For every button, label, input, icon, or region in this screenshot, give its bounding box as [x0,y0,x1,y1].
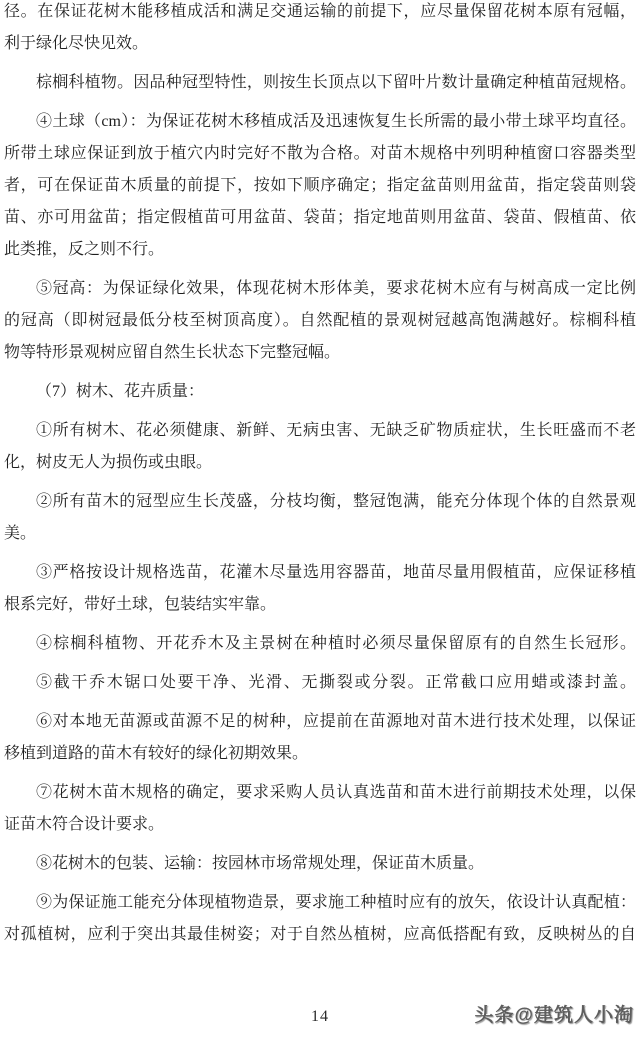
text-line: ⑨为保证施工能充分体现植物造景，要求施工种植时应有的放矢，依设计认真配植： [4,887,636,919]
paragraph: 径。在保证花树木能移植成活和满足交通运输的前提下，应尽量保留花树本原有冠幅，利于… [4,0,636,60]
text-line: 径。在保证花树木能移植成活和满足交通运输的前提下，应尽量保留花树本原有冠幅， [4,0,636,28]
text-line: ①所有树木、花必须健康、新鲜、无病虫害、无缺乏矿物质症状，生长旺盛而不老 [4,415,636,447]
text-line: ④棕榈科植物、开花乔木及主景树在种植时必须尽量保留原有的自然生长冠形。 [4,628,636,660]
paragraph: ④土球（cm）：为保证花树木移植成活及迅速恢复生长所需的最小带土球平均直径。所带… [4,106,636,266]
text-line: 此类推，反之则不行。 [4,234,636,266]
paragraph: ⑤截干乔木锯口处要干净、光滑、无撕裂或分裂。正常截口应用蜡或漆封盖。 [4,667,636,699]
text-line: 的冠高（即树冠最低分枝至树顶高度）。自然配植的景观树冠越高饱满越好。棕榈科植 [4,305,636,337]
paragraph: ③严格按设计规格选苗，花灌木尽量选用容器苗，地苗尽量用假植苗，应保证移植根系完好… [4,557,636,621]
text-line: ④土球（cm）：为保证花树木移植成活及迅速恢复生长所需的最小带土球平均直径。 [4,106,636,138]
paragraph: ④棕榈科植物、开花乔木及主景树在种植时必须尽量保留原有的自然生长冠形。 [4,628,636,660]
text-line: 证苗木符合设计要求。 [4,809,636,841]
text-line: 移植到道路的苗木有较好的绿化初期效果。 [4,738,636,770]
text-line: ⑦花树木苗木规格的确定，要求采购人员认真选苗和苗木进行前期技术处理，以保 [4,777,636,809]
text-line: 者，可在保证苗木质量的前提下，按如下顺序确定；指定盆苗则用盆苗，指定袋苗则袋 [4,170,636,202]
paragraph: 棕榈科植物。因品种冠型特性，则按生长顶点以下留叶片数计量确定种植苗冠规格。 [4,67,636,99]
text-line: ③严格按设计规格选苗，花灌木尽量选用容器苗，地苗尽量用假植苗，应保证移植 [4,557,636,589]
document-body: 径。在保证花树木能移植成活和满足交通运输的前提下，应尽量保留花树本原有冠幅，利于… [0,0,640,958]
paragraph: ②所有苗木的冠型应生长茂盛，分枝均衡，整冠饱满，能充分体现个体的自然景观美。 [4,486,636,550]
text-line: 苗、亦可用盆苗；指定假植苗可用盆苗、袋苗；指定地苗则用盆苗、袋苗、假植苗、依 [4,202,636,234]
text-line: ⑧花树木的包装、运输：按园林市场常规处理，保证苗木质量。 [4,848,636,880]
paragraph: ⑨为保证施工能充分体现植物造景，要求施工种植时应有的放矢，依设计认真配植：对孤植… [4,887,636,951]
document-page: { "colors": { "background": "#ffffff", "… [0,0,640,1040]
text-line: （7）树木、花卉质量： [4,376,636,408]
paragraph: ⑦花树木苗木规格的确定，要求采购人员认真选苗和苗木进行前期技术处理，以保证苗木符… [4,777,636,841]
text-line: 美。 [4,518,636,550]
text-line: 所带土球应保证到放于植穴内时完好不散为合格。对苗木规格中列明种植窗口容器类型 [4,138,636,170]
text-line: ⑤截干乔木锯口处要干净、光滑、无撕裂或分裂。正常截口应用蜡或漆封盖。 [4,667,636,699]
text-line: ②所有苗木的冠型应生长茂盛，分枝均衡，整冠饱满，能充分体现个体的自然景观 [4,486,636,518]
paragraph: ①所有树木、花必须健康、新鲜、无病虫害、无缺乏矿物质症状，生长旺盛而不老化，树皮… [4,415,636,479]
text-line: ⑥对本地无苗源或苗源不足的树种，应提前在苗源地对苗木进行技术处理，以保证 [4,706,636,738]
watermark-toutiao: 头条@建筑人小淘 [474,1000,634,1027]
text-line: 根系完好，带好土球，包装结实牢靠。 [4,589,636,621]
paragraph: （7）树木、花卉质量： [4,376,636,408]
text-line: 棕榈科植物。因品种冠型特性，则按生长顶点以下留叶片数计量确定种植苗冠规格。 [4,67,636,99]
text-line: 对孤植树，应利于突出其最佳树姿；对于自然丛植树，应高低搭配有致，反映树丛的自 [4,919,636,951]
text-line: ⑤冠高：为保证绿化效果，体现花树木形体美，要求花树木应有与树高成一定比例 [4,273,636,305]
paragraph: ⑧花树木的包装、运输：按园林市场常规处理，保证苗木质量。 [4,848,636,880]
paragraph: ⑤冠高：为保证绿化效果，体现花树木形体美，要求花树木应有与树高成一定比例的冠高（… [4,273,636,369]
paragraph: ⑥对本地无苗源或苗源不足的树种，应提前在苗源地对苗木进行技术处理，以保证移植到道… [4,706,636,770]
text-line: 物等特形景观树应留自然生长状态下完整冠幅。 [4,337,636,369]
text-line: 化，树皮无人为损伤或虫眼。 [4,447,636,479]
text-line: 利于绿化尽快见效。 [4,28,636,60]
